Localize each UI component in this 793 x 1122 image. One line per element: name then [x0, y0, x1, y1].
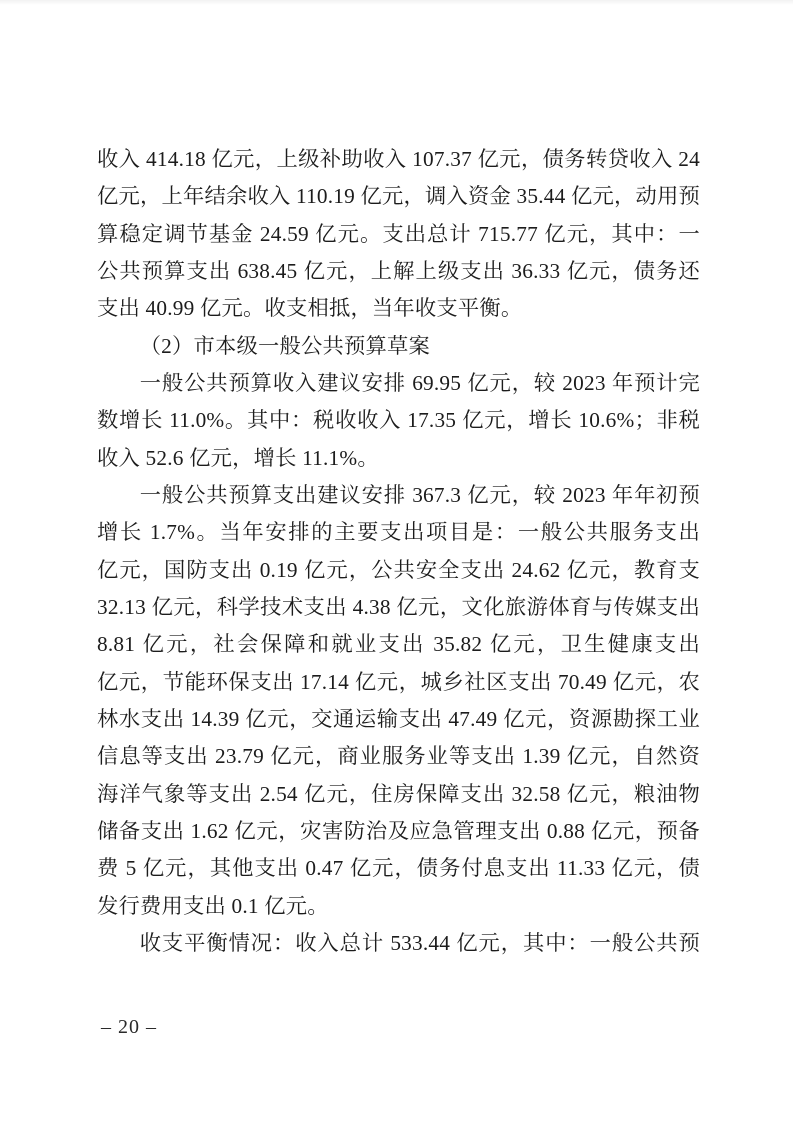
text-line: 林水支出 14.39 亿元，交通运输支出 47.49 亿元，资源勘探工业 — [97, 701, 700, 738]
text-line: 收支平衡情况：收入总计 533.44 亿元，其中：一般公共预算 — [97, 925, 700, 962]
scan-edge-shadow — [0, 0, 793, 5]
page-footer: – 20 – — [101, 1012, 157, 1042]
text-line: 发行费用支出 0.1 亿元。 — [97, 888, 700, 925]
text-line: 公共预算支出 638.45 亿元，上解上级支出 36.33 亿元，债务还本 — [97, 253, 700, 290]
document-page: 收入 414.18 亿元，上级补助收入 107.37 亿元，债务转贷收入 24亿… — [0, 0, 793, 1122]
paragraph: 一般公共预算支出建议安排 367.3 亿元，较 2023 年年初预算增长 1.7… — [97, 477, 700, 925]
text-line: 储备支出 1.62 亿元，灾害防治及应急管理支出 0.88 亿元，预备 — [97, 813, 700, 850]
document-body: 收入 414.18 亿元，上级补助收入 107.37 亿元，债务转贷收入 24亿… — [97, 141, 700, 962]
page-number: – 20 – — [101, 1016, 157, 1038]
text-line: 8.81 亿元，社会保障和就业支出 35.82 亿元，卫生健康支出 22.04 — [97, 626, 700, 663]
paragraph: （2）市本级一般公共预算草案 — [97, 328, 700, 365]
paragraph: 收入 414.18 亿元，上级补助收入 107.37 亿元，债务转贷收入 24亿… — [97, 141, 700, 328]
text-line: 海洋气象等支出 2.54 亿元，住房保障支出 32.58 亿元，粮油物资 — [97, 776, 700, 813]
text-line: 收入 414.18 亿元，上级补助收入 107.37 亿元，债务转贷收入 24 — [97, 141, 700, 178]
paragraph: 一般公共预算收入建议安排 69.95 亿元，较 2023 年预计完成数增长 11… — [97, 365, 700, 477]
text-line: 亿元，节能环保支出 17.14 亿元，城乡社区支出 70.49 亿元，农 — [97, 664, 700, 701]
text-line: 费 5 亿元，其他支出 0.47 亿元，债务付息支出 11.33 亿元，债务 — [97, 850, 700, 887]
text-line: 数增长 11.0%。其中：税收收入 17.35 亿元，增长 10.6%；非税 — [97, 402, 700, 439]
text-line: 亿元，国防支出 0.19 亿元，公共安全支出 24.62 亿元，教育支出 — [97, 552, 700, 589]
text-line: 一般公共预算支出建议安排 367.3 亿元，较 2023 年年初预算 — [97, 477, 700, 514]
text-line: 支出 40.99 亿元。收支相抵，当年收支平衡。 — [97, 290, 700, 327]
text-line: 算稳定调节基金 24.59 亿元。支出总计 715.77 亿元，其中：一般 — [97, 216, 700, 253]
paragraph: 收支平衡情况：收入总计 533.44 亿元，其中：一般公共预算 — [97, 925, 700, 962]
text-line: 收入 52.6 亿元，增长 11.1%。 — [97, 440, 700, 477]
text-line: 一般公共预算收入建议安排 69.95 亿元，较 2023 年预计完成 — [97, 365, 700, 402]
text-line: （2）市本级一般公共预算草案 — [97, 328, 700, 365]
text-line: 亿元，上年结余收入 110.19 亿元，调入资金 35.44 亿元，动用预 — [97, 178, 700, 215]
text-line: 信息等支出 23.79 亿元，商业服务业等支出 1.39 亿元，自然资源 — [97, 738, 700, 775]
text-line: 32.13 亿元，科学技术支出 4.38 亿元，文化旅游体育与传媒支出 — [97, 589, 700, 626]
text-line: 增长 1.7%。当年安排的主要支出项目是：一般公共服务支出 10.1 — [97, 514, 700, 551]
